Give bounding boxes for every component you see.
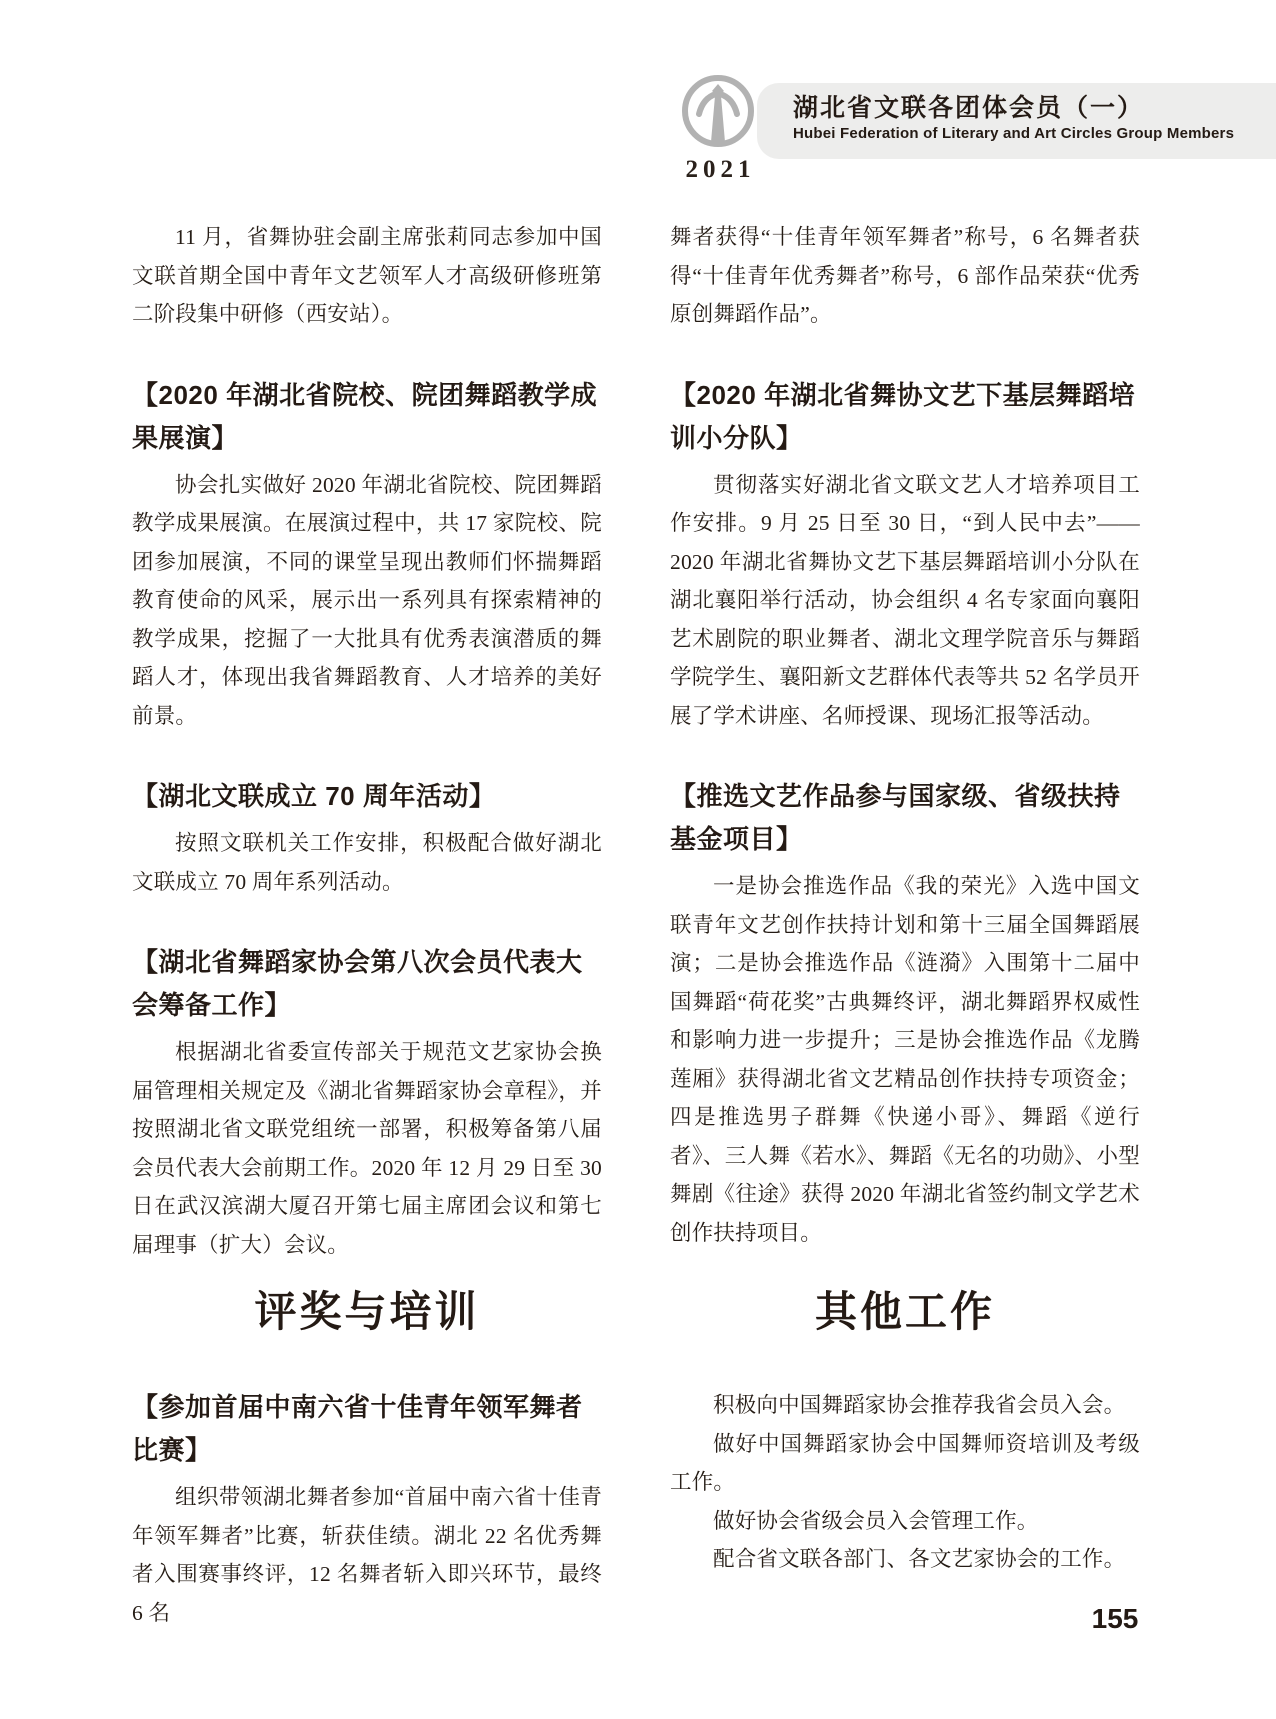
- paragraph: 积极向中国舞蹈家协会推荐我省会员入会。: [670, 1386, 1140, 1425]
- entry-heading: 【2020 年湖北省院校、院团舞蹈教学成果展演】: [132, 374, 602, 460]
- federation-emblem-icon: [675, 72, 761, 154]
- paragraph: 按照文联机关工作安排，积极配合做好湖北文联成立 70 周年系列活动。: [132, 824, 602, 901]
- right-column-upper: 舞者获得“十佳青年领军舞者”称号，6 名舞者获得“十佳青年优秀舞者”称号，6 部…: [670, 218, 1140, 1252]
- header-banner: 湖北省文联各团体会员（一） Hubei Federation of Litera…: [757, 83, 1276, 159]
- document-page: 2021 湖北省文联各团体会员（一） Hubei Federation of L…: [0, 0, 1276, 1719]
- right-column-lower: 其他工作 积极向中国舞蹈家协会推荐我省会员入会。 做好中国舞蹈家协会中国舞师资培…: [670, 1288, 1140, 1579]
- entry-heading: 【湖北省舞蹈家协会第八次会员代表大会筹备工作】: [132, 941, 602, 1027]
- paragraph: 11 月，省舞协驻会副主席张莉同志参加中国文联首期全国中青年文艺领军人才高级研修…: [132, 218, 602, 334]
- entry-heading: 【推选文艺作品参与国家级、省级扶持基金项目】: [670, 775, 1140, 861]
- paragraph: 做好中国舞蹈家协会中国舞师资培训及考级工作。: [670, 1425, 1140, 1502]
- paragraph: 舞者获得“十佳青年领军舞者”称号，6 名舞者获得“十佳青年优秀舞者”称号，6 部…: [670, 218, 1140, 334]
- paragraph: 一是协会推选作品《我的荣光》入选中国文联青年文艺创作扶持计划和第十三届全国舞蹈展…: [670, 867, 1140, 1252]
- entry-heading: 【湖北文联成立 70 周年活动】: [132, 775, 602, 818]
- paragraph: 做好协会省级会员入会管理工作。: [670, 1502, 1140, 1541]
- page-number: 155: [1080, 1603, 1150, 1635]
- entry-heading: 【参加首届中南六省十佳青年领军舞者比赛】: [132, 1386, 602, 1472]
- entry-heading: 【2020 年湖北省舞协文艺下基层舞蹈培训小分队】: [670, 374, 1140, 460]
- logo-year: 2021: [672, 156, 764, 184]
- paragraph: 根据湖北省委宣传部关于规范文艺家协会换届管理相关规定及《湖北省舞蹈家协会章程》，…: [132, 1033, 602, 1264]
- left-column-upper: 11 月，省舞协驻会副主席张莉同志参加中国文联首期全国中青年文艺领军人才高级研修…: [132, 218, 602, 1264]
- publisher-logo: 2021: [672, 72, 764, 184]
- section-title: 其他工作: [670, 1288, 1140, 1336]
- banner-title-cn: 湖北省文联各团体会员（一）: [793, 93, 1276, 123]
- section-title: 评奖与培训: [132, 1288, 602, 1336]
- paragraph: 组织带领湖北舞者参加“首届中南六省十佳青年领军舞者”比赛，斩获佳绩。湖北 22 …: [132, 1478, 602, 1632]
- paragraph: 协会扎实做好 2020 年湖北省院校、院团舞蹈教学成果展演。在展演过程中，共 1…: [132, 466, 602, 736]
- banner-title-en: Hubei Federation of Literary and Art Cir…: [793, 123, 1276, 145]
- paragraph: 配合省文联各部门、各文艺家协会的工作。: [670, 1540, 1140, 1579]
- paragraph: 贯彻落实好湖北省文联文艺人才培养项目工作安排。9 月 25 日至 30 日，“到…: [670, 466, 1140, 736]
- left-column-lower: 评奖与培训 【参加首届中南六省十佳青年领军舞者比赛】 组织带领湖北舞者参加“首届…: [132, 1288, 602, 1632]
